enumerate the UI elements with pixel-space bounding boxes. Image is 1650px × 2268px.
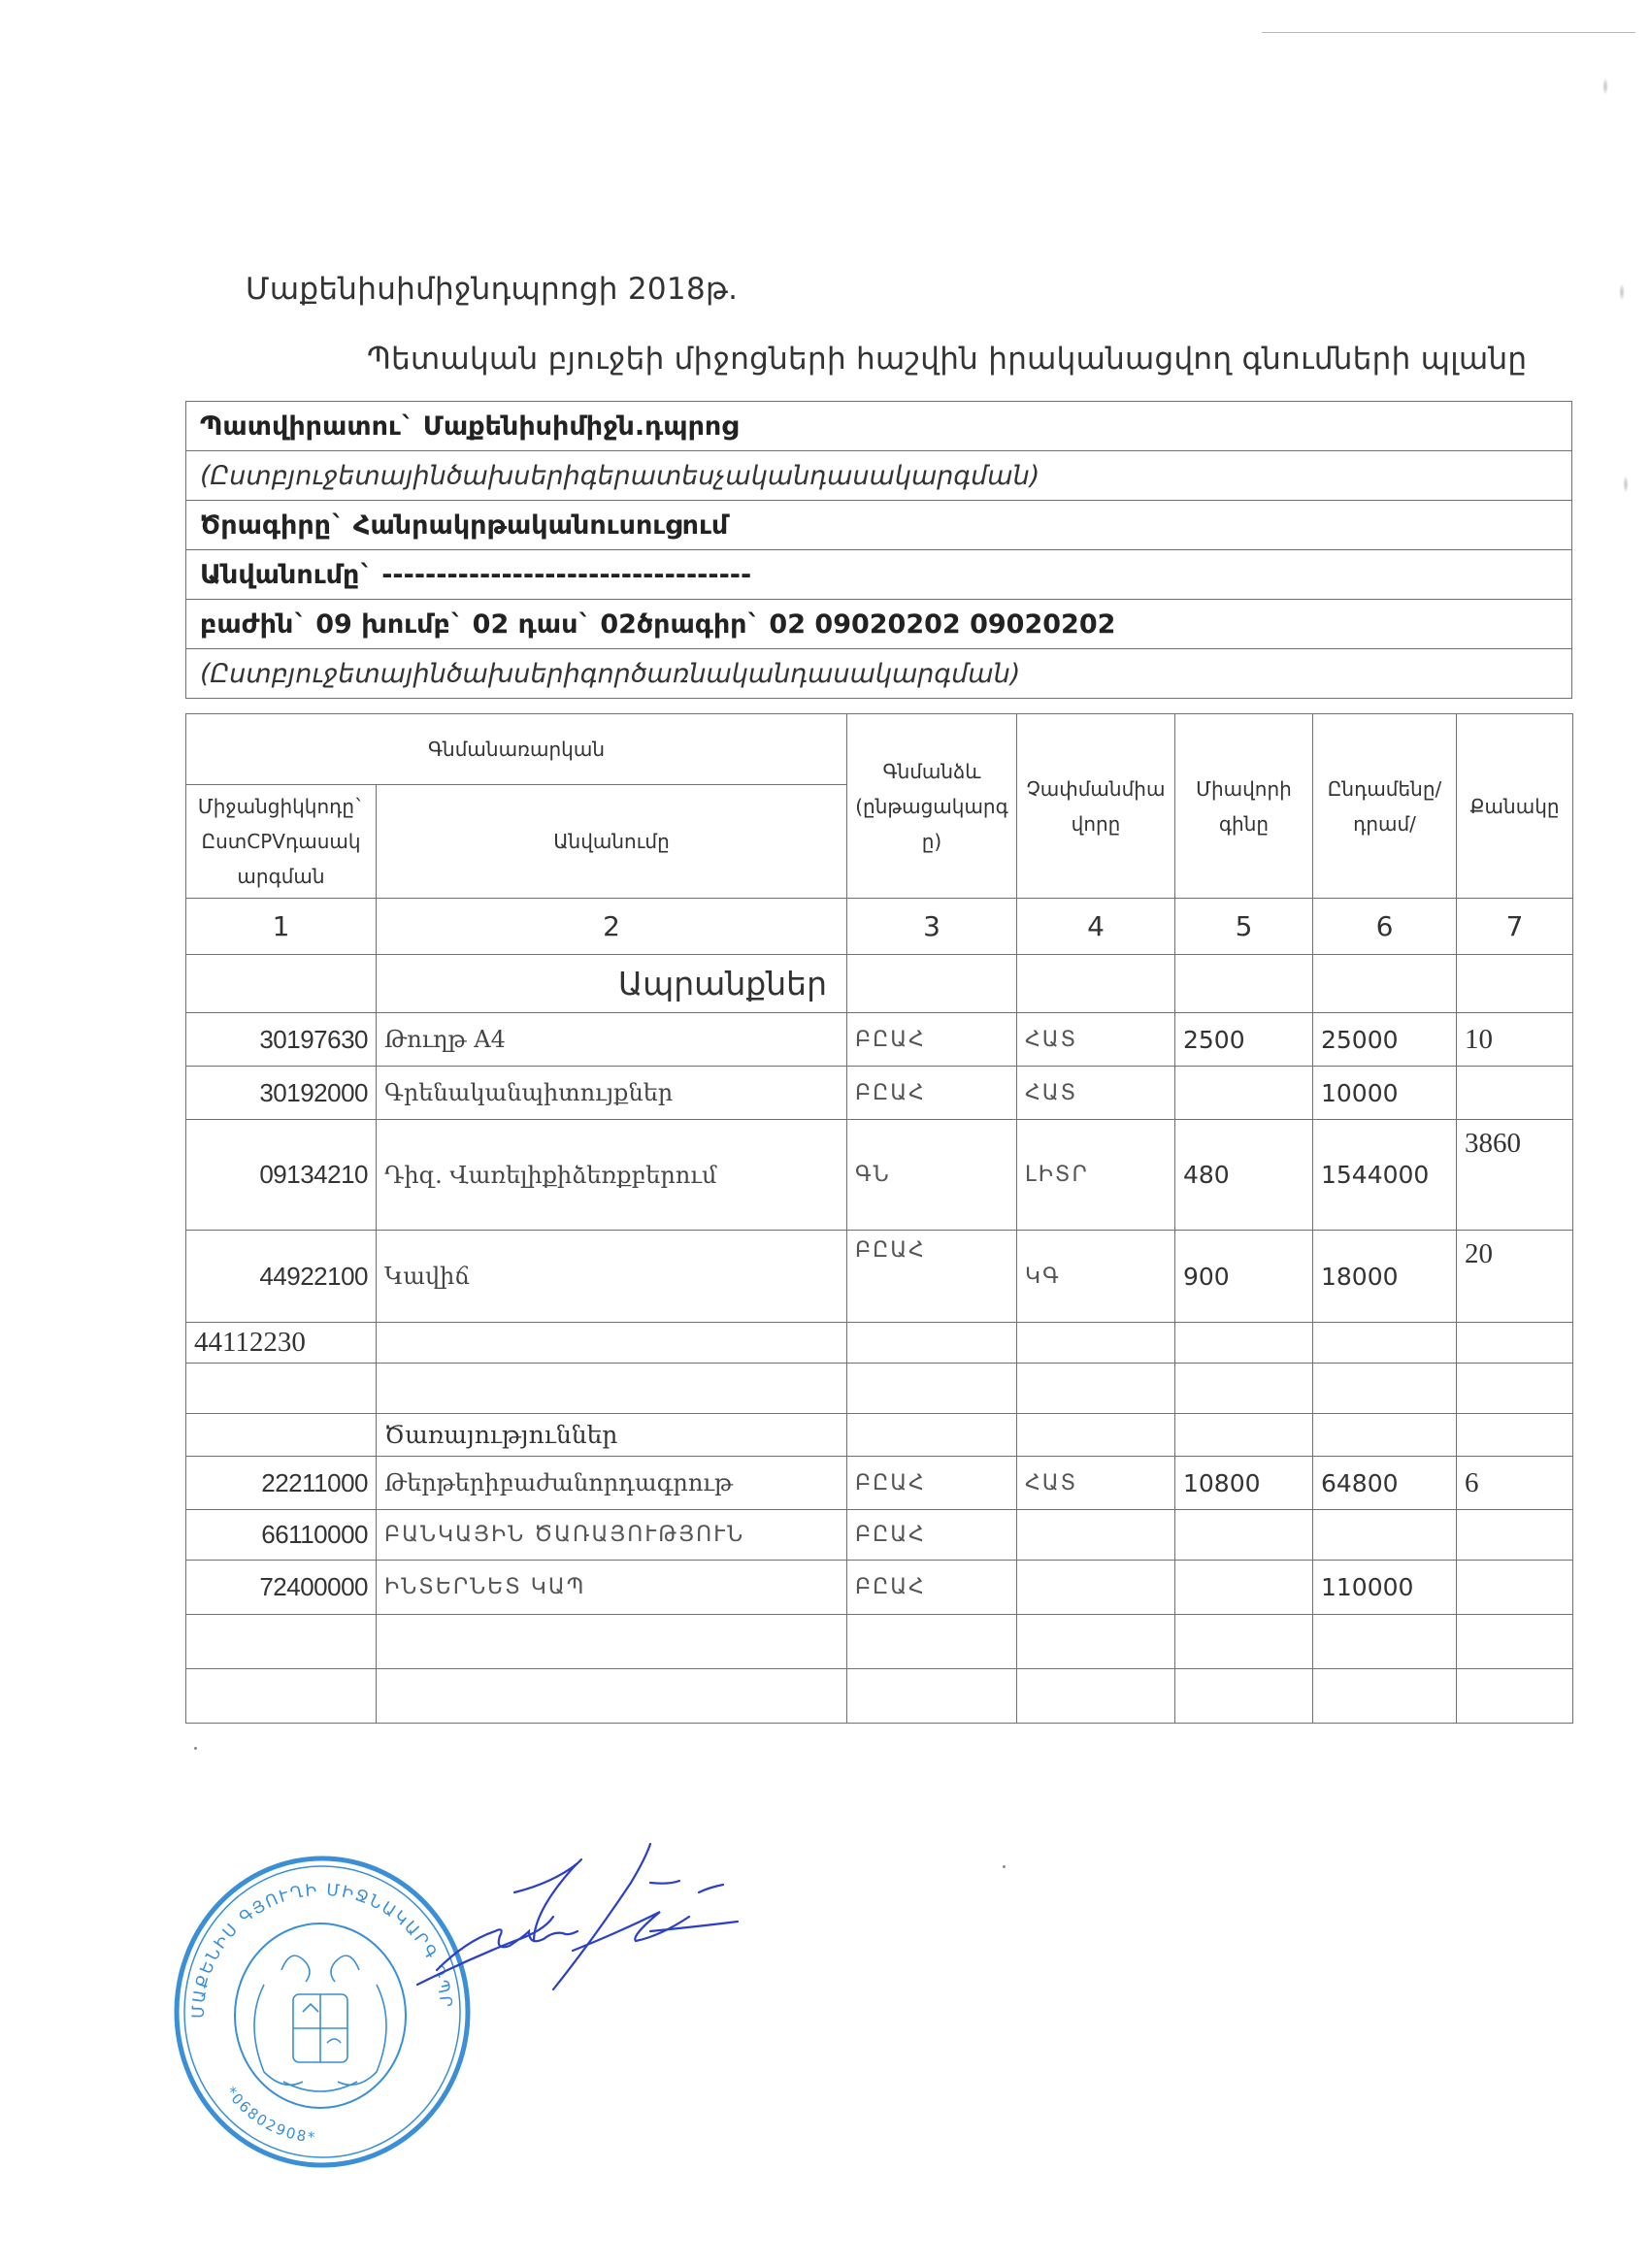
item-name: ԻՆՏԵՐՆԵՏ ԿԱՊ [377, 1561, 847, 1615]
quantity [1457, 1561, 1573, 1615]
unit: ՀԱՏ [1017, 1013, 1175, 1067]
cpv-code: 30192000 [186, 1067, 377, 1120]
unit-price: 10800 [1175, 1457, 1313, 1510]
cpv-code: 22211000 [186, 1457, 377, 1510]
table-row: 30192000 Գրենականպիտույքներ ԲԸԱՀ ՀԱՏ 100… [186, 1067, 1573, 1120]
total: 25000 [1313, 1013, 1457, 1067]
item-name: Կավիճ [377, 1231, 847, 1323]
scan-dot [1003, 1865, 1006, 1868]
table-row-empty [186, 1364, 1573, 1414]
procurement-method: ԲԸԱՀ [847, 1510, 1017, 1561]
col-number: 6 [1313, 899, 1457, 955]
scan-dot [194, 1747, 197, 1750]
scan-speck [1619, 283, 1625, 301]
procurement-plan-table: Գնմանառարկան Գնմանձև(ընթացակարգը) Չափման… [185, 713, 1573, 1724]
item-name: ԲԱՆԿԱՅԻՆ ԾԱՌԱՅՈՒԹՅՈՒՆ [377, 1510, 847, 1561]
column-number-row: 1 2 3 4 5 6 7 [186, 899, 1573, 955]
col-header-unit: Չափմանմիավորը [1017, 714, 1175, 899]
col-number: 5 [1175, 899, 1313, 955]
unit: ՀԱՏ [1017, 1067, 1175, 1120]
procurement-method: ԲԸԱՀ [847, 1067, 1017, 1120]
total: 64800 [1313, 1457, 1457, 1510]
cpv-code: 09134210 [186, 1120, 377, 1231]
info-row-program: Ծրագիրը` Հանրակրթականուսուցում [186, 501, 1572, 550]
info-table: Պատվիրատու` Մաքենիսիմիջն.դպրոց (Ըստբյուջ… [185, 401, 1572, 699]
goods-section-row: Ապրանքներ [186, 955, 1573, 1013]
total: 18000 [1313, 1231, 1457, 1323]
col-header-method: Գնմանձև(ընթացակարգը) [847, 714, 1017, 899]
col-number: 4 [1017, 899, 1175, 955]
signature-icon [408, 1824, 874, 2019]
col-header-name: Անվանումը [377, 785, 847, 899]
functional-classification-note: (Ըստբյուջետայինծախսերիգործառնականդասակար… [186, 649, 1572, 699]
quantity: 10 [1457, 1013, 1573, 1067]
unit: ԿԳ [1017, 1231, 1175, 1323]
table-row-empty [186, 1615, 1573, 1669]
procurement-method: ԲԸԱՀ [847, 1231, 1017, 1323]
quantity [1457, 1510, 1573, 1561]
info-row-classification-1: (Ըստբյուջետայինծախսերիգերատեսչականդասակա… [186, 451, 1572, 501]
cpv-code: 30197630 [186, 1013, 377, 1067]
table-row: 30197630 Թուղթ A4 ԲԸԱՀ ՀԱՏ 2500 25000 10 [186, 1013, 1573, 1067]
scan-speck [1602, 78, 1608, 95]
table-row: 72400000 ԻՆՏԵՐՆԵՏ ԿԱՊ ԲԸԱՀ 110000 [186, 1561, 1573, 1615]
info-row-codes: բաժին` 09 խումբ` 02 դաս` 02ծրագիր` 02 09… [186, 600, 1572, 649]
table-row: 66110000 ԲԱՆԿԱՅԻՆ ԾԱՌԱՅՈՒԹՅՈՒՆ ԲԸԱՀ [186, 1510, 1573, 1561]
customer-label: Պատվիրատու` Մաքենիսիմիջն.դպրոց [186, 402, 1572, 451]
quantity: 6 [1457, 1457, 1573, 1510]
cpv-code: 72400000 [186, 1561, 377, 1615]
info-row-name: Անվանումը` -----------------------------… [186, 550, 1572, 600]
group-header-subject: Գնմանառարկան [186, 714, 847, 785]
total [1313, 1510, 1457, 1561]
total: 10000 [1313, 1067, 1457, 1120]
col-number: 7 [1457, 899, 1573, 955]
unit: ՀԱՏ [1017, 1457, 1175, 1510]
name-label: Անվանումը` -----------------------------… [186, 550, 1572, 600]
col-header-total: Ընդամենը/դրամ/ [1313, 714, 1457, 899]
quantity [1457, 1067, 1573, 1120]
unit: ԼԻՏՐ [1017, 1120, 1175, 1231]
col-number: 2 [377, 899, 847, 955]
col-number: 1 [186, 899, 377, 955]
header-row-1: Գնմանառարկան Գնմանձև(ընթացակարգը) Չափման… [186, 714, 1573, 785]
col-header-cpv-code: Միջանցիկկոդը`ԸստCPVդասակարգման [186, 785, 377, 899]
unit [1017, 1561, 1175, 1615]
budget-codes: բաժին` 09 խումբ` 02 դաս` 02ծրագիր` 02 09… [186, 600, 1572, 649]
info-row-customer: Պատվիրատու` Մաքենիսիմիջն.դպրոց [186, 402, 1572, 451]
program-label: Ծրագիրը` Հանրակրթականուսուցում [186, 501, 1572, 550]
unit-price [1175, 1067, 1313, 1120]
procurement-method: ԲԸԱՀ [847, 1013, 1017, 1067]
table-row: 44922100 Կավիճ ԲԸԱՀ ԿԳ 900 18000 20 [186, 1231, 1573, 1323]
table-row: 22211000 Թերթերիբաժանորդագրութ ԲԸԱՀ ՀԱՏ … [186, 1457, 1573, 1510]
quantity: 20 [1457, 1231, 1573, 1323]
quantity: 3860 [1457, 1120, 1573, 1231]
total: 110000 [1313, 1561, 1457, 1615]
unit [1017, 1510, 1175, 1561]
document-title: Պետական բյուջեի միջոցների հաշվին իրականա… [367, 342, 1527, 377]
cpv-code: 44922100 [186, 1231, 377, 1323]
item-name: Գրենականպիտույքներ [377, 1067, 847, 1120]
procurement-method: ԲԸԱՀ [847, 1457, 1017, 1510]
info-row-classification-2: (Ըստբյուջետայինծախսերիգործառնականդասակար… [186, 649, 1572, 699]
table-row: 44112230 [186, 1323, 1573, 1364]
total: 1544000 [1313, 1120, 1457, 1231]
table-row: 09134210 Դիզ. Վառելիքիձեռքբերում ԳՆ ԼԻՏՐ… [186, 1120, 1573, 1231]
col-header-quantity: Քանակը [1457, 714, 1573, 899]
departmental-classification-note: (Ըստբյուջետայինծախսերիգերատեսչականդասակա… [186, 451, 1572, 501]
col-number: 3 [847, 899, 1017, 955]
document-heading: Մաքենիսիմիջնդպրոցի 2018թ. [246, 272, 738, 307]
unit-price: 480 [1175, 1120, 1313, 1231]
unit-price [1175, 1561, 1313, 1615]
unit-price: 900 [1175, 1231, 1313, 1323]
goods-section-label: Ապրանքներ [377, 955, 847, 1013]
procurement-method: ԳՆ [847, 1120, 1017, 1231]
scan-speck [1623, 476, 1629, 493]
procurement-method: ԲԸԱՀ [847, 1561, 1017, 1615]
col-header-unit-price: Միավորիգինը [1175, 714, 1313, 899]
item-name: Թուղթ A4 [377, 1013, 847, 1067]
cpv-code: 44112230 [186, 1323, 377, 1364]
item-name: Դիզ. Վառելիքիձեռքբերում [377, 1120, 847, 1231]
unit-price [1175, 1510, 1313, 1561]
cpv-code: 66110000 [186, 1510, 377, 1561]
scan-edge-line [1262, 32, 1635, 33]
unit-price: 2500 [1175, 1013, 1313, 1067]
item-name: Թերթերիբաժանորդագրութ [377, 1457, 847, 1510]
services-section-row: Ծառայություններ [186, 1414, 1573, 1457]
services-section-label: Ծառայություններ [377, 1414, 847, 1457]
table-row-empty [186, 1669, 1573, 1724]
